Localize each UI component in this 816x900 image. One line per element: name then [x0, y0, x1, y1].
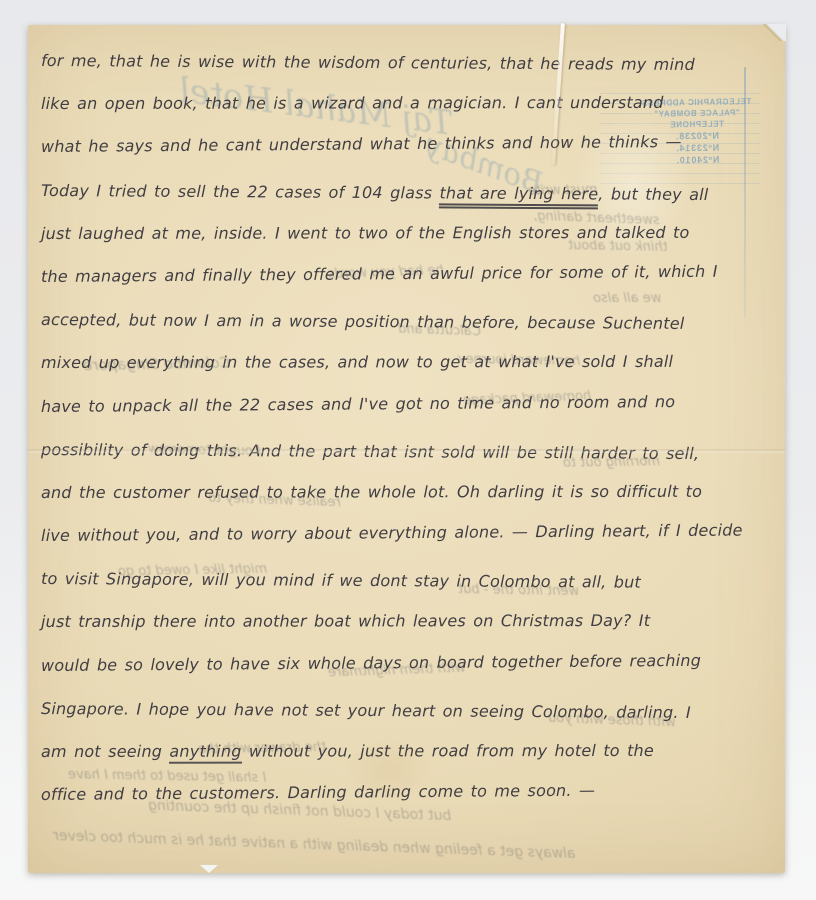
letter-page: TELEGRAPHIC ADDRESS "PALACE BOMBAY" TELE… — [28, 25, 785, 873]
handwriting-line: like an open book, that he is a wizard a… — [41, 81, 778, 125]
folded-corner — [762, 24, 786, 41]
foxing-stain — [328, 725, 448, 815]
fold-crease — [28, 449, 785, 453]
line-segment: , but they all — [598, 184, 708, 204]
handwriting-line: Today I tried to sell the 22 cases of 10… — [41, 169, 778, 217]
line-segment: Today I tried to sell the 22 cases of 10… — [41, 181, 440, 202]
handwriting-line: mixed up everything in the cases, and no… — [41, 340, 778, 384]
handwriting-line: to visit Singapore, will you mind if we … — [41, 557, 778, 605]
handwriting-line: would be so lovely to have six whole day… — [41, 638, 778, 687]
letter-body: for me, that he is wise with the wisdom … — [41, 39, 778, 816]
underlined-phrase: that are lying here — [439, 183, 598, 209]
handwriting-line: what he says and he cant understand what… — [41, 120, 778, 169]
edge-notch — [200, 865, 218, 873]
handwriting-line: have to unpack all the 22 cases and I've… — [41, 379, 778, 428]
bleed-through-text: always get a feeling when dealing with a… — [53, 828, 576, 862]
handwriting-line: accepted, but now I am in a worse positi… — [41, 298, 778, 346]
handwriting-line: the managers and finally they offered me… — [41, 249, 778, 298]
handwriting-line: for me, that he is wise with the wisdom … — [41, 39, 778, 87]
handwriting-line: just tranship there into another boat wh… — [41, 599, 778, 643]
handwriting-line: just laughed at me, inside. I went to tw… — [41, 210, 778, 254]
handwriting-line: live without you, and to worry about eve… — [41, 508, 778, 557]
line-segment: am not seeing — [41, 742, 169, 761]
underlined-phrase: anything — [169, 742, 241, 764]
handwriting-line: and the customer refused to take the who… — [41, 470, 778, 514]
scanned-letter-photo: { "colors": { "background": "#ededef", "… — [0, 0, 816, 900]
